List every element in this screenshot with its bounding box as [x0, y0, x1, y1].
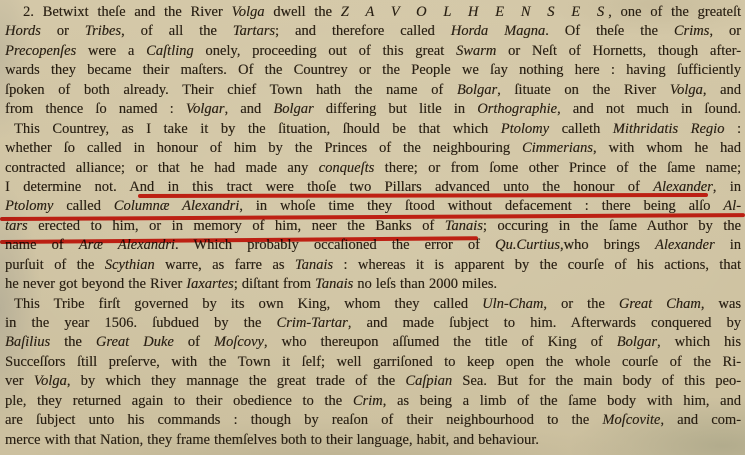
text-segment: from thence ſo named :: [5, 101, 186, 117]
text-segment: erected to him, or in memory of him, nee…: [28, 218, 445, 234]
italic-text-segment: Uln-Cham: [482, 296, 543, 312]
text-line: This Countrey, as I take it by the ſitua…: [5, 120, 741, 139]
text-line: tars erected to him, or in memory of him…: [5, 217, 741, 236]
text-line: name of Aræ Alexandri. Which probably oc…: [5, 236, 741, 255]
text-line: I determine not. And in this tract were …: [5, 178, 741, 197]
italic-text-segment: Qu.Curtius: [495, 237, 560, 253]
text-line: wards they became their maſters. Of the …: [5, 61, 741, 80]
text-line: This Tribe firſt governed by its own Kin…: [5, 295, 741, 314]
italic-text-segment: Horda Magna: [451, 23, 545, 39]
italic-text-segment: Tribes: [85, 23, 121, 39]
text-segment: are ſubject unto his commands : though b…: [5, 412, 602, 428]
text-segment: wards they became their maſters. Of the …: [5, 62, 741, 78]
italic-text-segment: Precopenſes: [5, 43, 76, 59]
text-line: ple, they returned again to their obedie…: [5, 392, 741, 411]
italic-text-segment: Scythian: [105, 257, 155, 273]
text-segment: , one of the greateſt: [608, 4, 741, 20]
text-segment: name of: [5, 237, 79, 253]
text-segment: , in whoſe time they ſtood without defac…: [239, 198, 723, 214]
text-line: Succeſſors ſtill preſerve, with the Town…: [5, 353, 741, 372]
italic-text-segment: Volga: [231, 4, 264, 20]
text-segment: whether ſo called in honour of him by th…: [5, 140, 522, 156]
paragraph: This Tribe firſt governed by its own Kin…: [5, 295, 741, 451]
text-segment: ; occuring in the ſame Author by the: [483, 218, 741, 234]
text-line: Baſilius the Great Duke of Moſcovy, who …: [5, 333, 741, 352]
italic-text-segment: Baſilius: [5, 334, 50, 350]
text-segment: . Which probably occaſioned the error of: [175, 237, 495, 253]
text-segment: : whereas it is apparent by the courſe o…: [333, 257, 741, 273]
italic-text-segment: Crim: [353, 393, 383, 409]
text-line: from thence ſo named : Volgar, and Bolga…: [5, 100, 741, 119]
text-segment: This Tribe firſt governed by its own Kin…: [14, 296, 482, 312]
italic-text-segment: Aræ Alexandri: [79, 237, 175, 253]
italic-text-segment: Ptolomy: [5, 198, 53, 214]
text-line: are ſubject unto his commands : though b…: [5, 411, 741, 430]
text-segment: , with whom he had: [593, 140, 741, 156]
italic-text-segment: Great Cham: [619, 296, 701, 312]
page-text: 2. Betwixt theſe and the River Volga dwe…: [5, 3, 741, 450]
text-line: contracted alliance; or that he had made…: [5, 159, 741, 178]
italic-text-segment: Volgar: [186, 101, 225, 117]
text-segment: were a: [76, 43, 146, 59]
text-segment: ple, they returned again to their obedie…: [5, 393, 353, 409]
text-segment: , and: [703, 82, 741, 98]
text-segment: no leſs than 2000 miles.: [353, 276, 497, 292]
text-segment: , and: [224, 101, 273, 117]
text-segment: calleth: [549, 121, 613, 137]
italic-text-segment: Bolgar: [273, 101, 313, 117]
italic-text-segment: Cimmerians: [522, 140, 593, 156]
text-segment: , of all the: [121, 23, 233, 39]
text-segment: the: [50, 334, 96, 350]
text-segment: onely, proceeding out of this great: [194, 43, 456, 59]
text-line: merce with that Nation, they frame themſ…: [5, 431, 741, 450]
italic-text-segment: Volga: [670, 82, 703, 98]
italic-text-segment: Volga: [34, 373, 67, 389]
text-segment: he never got beyond the River: [5, 276, 186, 292]
text-segment: , who thereupon aſſumed the title of Kin…: [264, 334, 617, 350]
text-segment: Sea. But for the main body of this peo-: [452, 373, 741, 389]
text-segment: , was: [701, 296, 741, 312]
text-segment: contracted alliance; or that he had made…: [5, 160, 319, 176]
text-segment: merce with that Nation, they frame themſ…: [5, 432, 539, 448]
text-segment: ; and therefore called: [275, 23, 451, 39]
italic-text-segment: Caſtling: [146, 43, 194, 59]
italic-text-segment: conqueſts: [319, 160, 375, 176]
italic-text-segment: Hords: [5, 23, 41, 39]
italic-text-segment: Orthographie: [477, 101, 557, 117]
text-line: Hords or Tribes, of all the Tartars; and…: [5, 22, 741, 41]
text-line: ſpoken of both already. Their chief Town…: [5, 81, 741, 100]
text-line: whether ſo called in honour of him by th…: [5, 139, 741, 158]
italic-text-segment: Columnæ Alexandri: [114, 198, 239, 214]
text-segment: , or: [709, 23, 741, 39]
text-segment: , ſituate on the River: [497, 82, 670, 98]
text-segment: , and com-: [660, 412, 741, 428]
italic-text-segment: Alexander: [655, 237, 715, 253]
text-segment: , by which they mannage the great trade …: [67, 373, 406, 389]
italic-text-segment: Ptolomy: [501, 121, 549, 137]
text-segment: 2. Betwixt theſe and the River: [23, 4, 231, 20]
text-segment: , and not much in ſound.: [557, 101, 741, 117]
paragraph: 2. Betwixt theſe and the River Volga dwe…: [5, 3, 741, 120]
scanned-page: 2. Betwixt theſe and the River Volga dwe…: [0, 0, 745, 455]
italic-text-segment: Moſcovite: [602, 412, 660, 428]
italic-text-segment: tars: [5, 218, 28, 234]
text-segment: , and made ſubject to him. Afterwards co…: [348, 315, 741, 331]
text-segment: purſuit of the: [5, 257, 105, 273]
italic-text-segment: Bolgar: [617, 334, 657, 350]
italic-text-segment: Alexander: [653, 179, 713, 195]
text-segment: This Countrey, as I take it by the ſitua…: [14, 121, 501, 137]
italic-text-segment: Tanais: [315, 276, 353, 292]
text-segment: ,who brings: [560, 237, 655, 253]
text-segment: , in: [713, 179, 741, 195]
text-segment: or: [41, 23, 85, 39]
italic-text-segment: Iaxartes: [186, 276, 234, 292]
text-segment: ; diſtant from: [234, 276, 315, 292]
text-line: he never got beyond the River Iaxartes; …: [5, 275, 741, 294]
text-line: in the year 1506. ſubdued by the Crim-Ta…: [5, 314, 741, 333]
italic-text-segment: Moſcovy: [214, 334, 264, 350]
italic-text-segment: Al-: [723, 198, 741, 214]
italic-text-segment: Tanais: [295, 257, 333, 273]
text-segment: there; or from ſome other Prince of the …: [374, 160, 741, 176]
text-segment: warre, as farre as: [155, 257, 295, 273]
italic-text-segment: Z A V O L H E N S E S: [341, 4, 608, 20]
italic-text-segment: Swarm: [456, 43, 496, 59]
text-segment: , which his: [657, 334, 741, 350]
italic-text-segment: Caſpian: [405, 373, 452, 389]
italic-text-segment: Crims: [674, 23, 709, 39]
text-segment: ſpoken of both already. Their chief Town…: [5, 82, 457, 98]
text-line: 2. Betwixt theſe and the River Volga dwe…: [5, 3, 741, 22]
text-segment: . Of theſe the: [545, 23, 674, 39]
italic-text-segment: Crim-Tartar: [276, 315, 347, 331]
italic-text-segment: Great Duke: [96, 334, 174, 350]
text-line: Precopenſes were a Caſtling onely, proce…: [5, 42, 741, 61]
text-line: ver Volga, by which they mannage the gre…: [5, 372, 741, 391]
italic-text-segment: Bolgar: [457, 82, 497, 98]
text-segment: Succeſſors ſtill preſerve, with the Town…: [5, 354, 741, 370]
italic-text-segment: Mithridatis Regio: [613, 121, 725, 137]
text-segment: called: [53, 198, 113, 214]
italic-text-segment: Tanais: [445, 218, 483, 234]
text-line: Ptolomy called Columnæ Alexandri, in who…: [5, 197, 741, 216]
text-segment: dwell the: [265, 4, 341, 20]
text-segment: :: [724, 121, 741, 137]
text-segment: in the year 1506. ſubdued by the: [5, 315, 276, 331]
text-segment: in: [715, 237, 741, 253]
text-segment: of: [174, 334, 214, 350]
text-line: purſuit of the Scythian warre, as farre …: [5, 256, 741, 275]
text-segment: , or the: [543, 296, 619, 312]
text-segment: I determine not. And in this tract were …: [5, 179, 653, 195]
italic-text-segment: Tartars: [233, 23, 275, 39]
text-segment: ver: [5, 373, 34, 389]
text-segment: differing but litle in: [314, 101, 478, 117]
text-segment: or Neſt of Hornetts, though after-: [496, 43, 741, 59]
paragraph: This Countrey, as I take it by the ſitua…: [5, 120, 741, 295]
text-segment: , as being a limb of the ſame body with …: [383, 393, 741, 409]
